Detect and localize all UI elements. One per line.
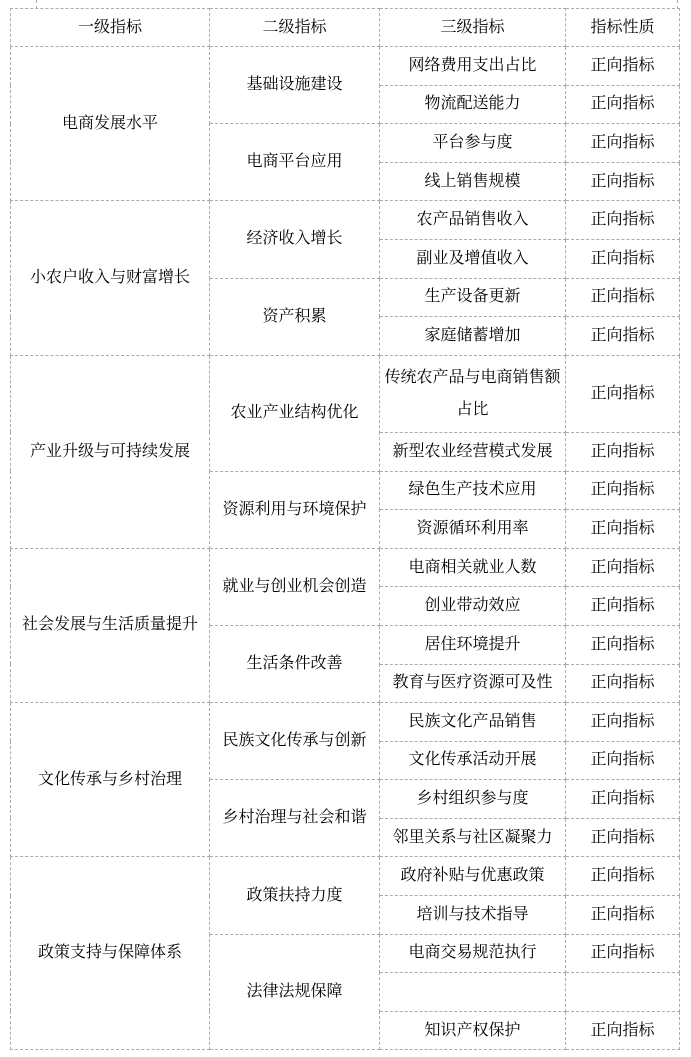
table-row: 电商发展水平基础设施建设网络费用支出占比正向指标 — [11, 47, 680, 86]
level3-cell: 居住环境提升 — [380, 625, 566, 664]
nature-cell: 正向指标 — [566, 625, 680, 664]
nature-cell: 正向指标 — [566, 47, 680, 86]
nature-cell: 正向指标 — [566, 780, 680, 819]
level1-cell: 政策支持与保障体系 — [11, 857, 210, 1050]
level1-cell: 产业升级与可持续发展 — [11, 355, 210, 548]
level3-cell: 绿色生产技术应用 — [380, 471, 566, 510]
nature-cell: 正向指标 — [566, 510, 680, 549]
level2-cell: 民族文化传承与创新 — [210, 703, 380, 780]
indicator-table: 一级指标 二级指标 三级指标 指标性质 电商发展水平基础设施建设网络费用支出占比… — [10, 8, 680, 1050]
header-level2: 二级指标 — [210, 9, 380, 47]
level1-cell: 电商发展水平 — [11, 47, 210, 201]
level2-cell: 电商平台应用 — [210, 124, 380, 201]
level3-cell: 创业带动效应 — [380, 587, 566, 626]
nature-cell: 正向指标 — [566, 587, 680, 626]
table-row: 政策支持与保障体系政策扶持力度政府补贴与优惠政策正向指标 — [11, 857, 680, 896]
level3-cell: 电商交易规范执行 — [380, 934, 566, 973]
level2-cell: 基础设施建设 — [210, 47, 380, 124]
level3-cell: 培训与技术指导 — [380, 896, 566, 935]
header-nature: 指标性质 — [566, 9, 680, 47]
level1-cell: 小农户收入与财富增长 — [11, 201, 210, 355]
nature-cell: 正向指标 — [566, 355, 680, 432]
nature-cell: 正向指标 — [566, 201, 680, 240]
header-level3: 三级指标 — [380, 9, 566, 47]
level2-cell: 生活条件改善 — [210, 625, 380, 702]
level3-cell: 知识产权保护 — [380, 1011, 566, 1050]
nature-cell: 正向指标 — [566, 85, 680, 124]
nature-cell: 正向指标 — [566, 239, 680, 278]
nature-cell: 正向指标 — [566, 432, 680, 471]
table-row: 产业升级与可持续发展农业产业结构优化传统农产品与电商销售额占比正向指标 — [11, 355, 680, 432]
level3-cell: 电商相关就业人数 — [380, 548, 566, 587]
level3-cell: 新型农业经营模式发展 — [380, 432, 566, 471]
nature-cell: 正向指标 — [566, 317, 680, 356]
nature-cell — [566, 973, 680, 1012]
nature-cell: 正向指标 — [566, 741, 680, 780]
nature-cell: 正向指标 — [566, 703, 680, 742]
table-row: 小农户收入与财富增长经济收入增长农产品销售收入正向指标 — [11, 201, 680, 240]
nature-cell: 正向指标 — [566, 124, 680, 163]
indicator-table-body: 电商发展水平基础设施建设网络费用支出占比正向指标物流配送能力正向指标电商平台应用… — [11, 47, 680, 1050]
level3-cell: 教育与医疗资源可及性 — [380, 664, 566, 703]
level3-cell: 邻里关系与社区凝聚力 — [380, 818, 566, 857]
level3-cell: 农产品销售收入 — [380, 201, 566, 240]
level3-cell: 网络费用支出占比 — [380, 47, 566, 86]
level2-cell: 法律法规保障 — [210, 934, 380, 1050]
nature-cell: 正向指标 — [566, 818, 680, 857]
level3-cell: 政府补贴与优惠政策 — [380, 857, 566, 896]
nature-cell: 正向指标 — [566, 934, 680, 973]
level3-cell: 民族文化产品销售 — [380, 703, 566, 742]
level2-cell: 农业产业结构优化 — [210, 355, 380, 471]
level3-cell: 物流配送能力 — [380, 85, 566, 124]
nature-cell: 正向指标 — [566, 548, 680, 587]
level3-cell: 家庭储蓄增加 — [380, 317, 566, 356]
level3-cell: 平台参与度 — [380, 124, 566, 163]
nature-cell: 正向指标 — [566, 278, 680, 317]
level3-cell — [380, 973, 566, 1012]
header-level1: 一级指标 — [11, 9, 210, 47]
level2-cell: 乡村治理与社会和谐 — [210, 780, 380, 857]
level3-cell: 文化传承活动开展 — [380, 741, 566, 780]
nature-cell: 正向指标 — [566, 1011, 680, 1050]
nature-cell: 正向指标 — [566, 471, 680, 510]
level1-cell: 社会发展与生活质量提升 — [11, 548, 210, 702]
level2-cell: 资源利用与环境保护 — [210, 471, 380, 548]
level3-cell: 副业及增值收入 — [380, 239, 566, 278]
level3-cell: 生产设备更新 — [380, 278, 566, 317]
nature-cell: 正向指标 — [566, 162, 680, 201]
level2-cell: 资产积累 — [210, 278, 380, 355]
table-row: 社会发展与生活质量提升就业与创业机会创造电商相关就业人数正向指标 — [11, 548, 680, 587]
table-row: 文化传承与乡村治理民族文化传承与创新民族文化产品销售正向指标 — [11, 703, 680, 742]
level3-cell: 资源循环利用率 — [380, 510, 566, 549]
header-row: 一级指标 二级指标 三级指标 指标性质 — [11, 9, 680, 47]
level3-cell: 传统农产品与电商销售额占比 — [380, 355, 566, 432]
nature-cell: 正向指标 — [566, 896, 680, 935]
level2-cell: 就业与创业机会创造 — [210, 548, 380, 625]
level3-cell: 线上销售规模 — [380, 162, 566, 201]
level3-cell: 乡村组织参与度 — [380, 780, 566, 819]
nature-cell: 正向指标 — [566, 857, 680, 896]
level2-cell: 经济收入增长 — [210, 201, 380, 278]
nature-cell: 正向指标 — [566, 664, 680, 703]
level1-cell: 文化传承与乡村治理 — [11, 703, 210, 857]
level2-cell: 政策扶持力度 — [210, 857, 380, 934]
